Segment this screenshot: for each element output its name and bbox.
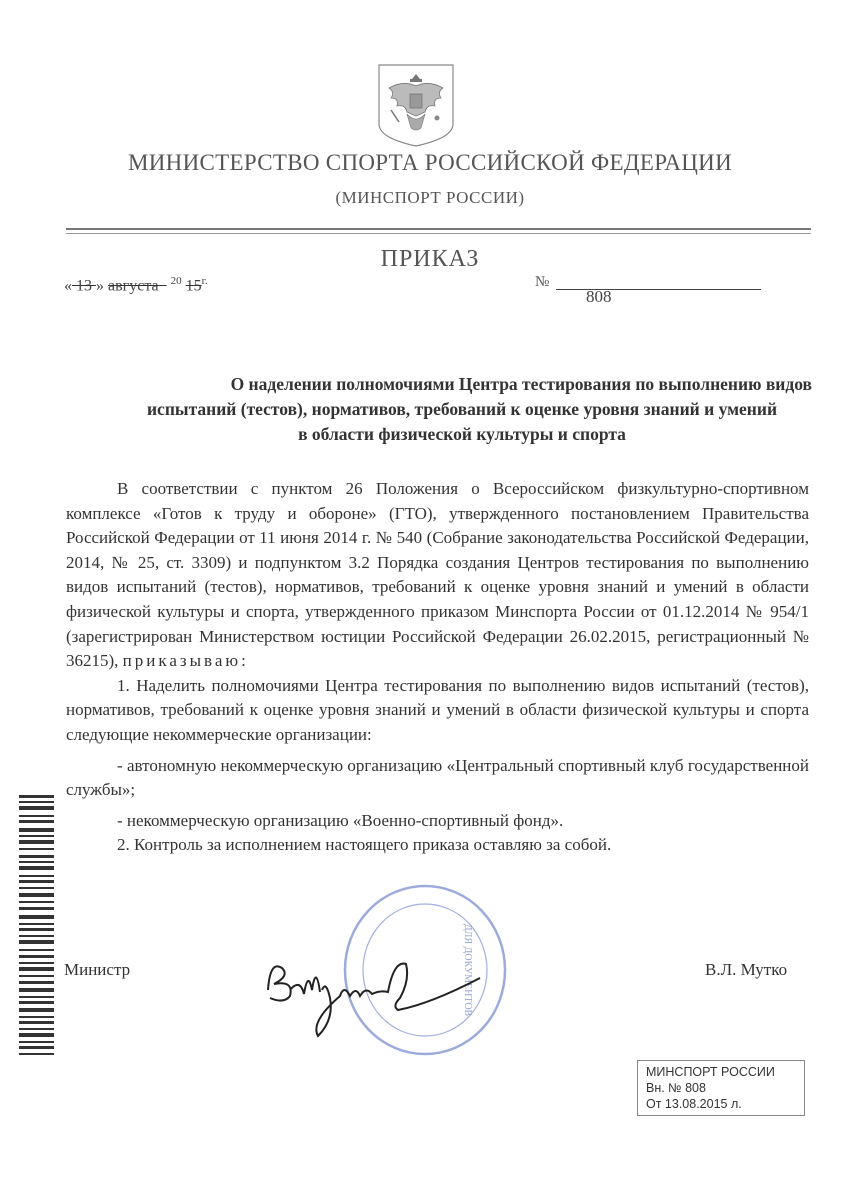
order-number-label: № [535,274,549,291]
order-word: приказываю: [123,651,249,670]
order-title: ПРИКАЗ [0,246,860,273]
org-2: - некоммерческую организацию «Военно-спо… [66,809,809,834]
order-body: В соответствии с пунктом 26 Положения о … [66,477,809,858]
date-year: 15 [186,277,202,294]
date-open-quote: « [64,277,72,294]
order-subject: О наделении полномочиями Центра тестиров… [112,372,812,447]
signatory-position: Министр [64,960,130,980]
coat-of-arms-icon [375,62,457,148]
date-year-suffix: г. [202,275,208,287]
subject-line-1: О наделении полномочиями Центра тестиров… [112,372,812,397]
subject-line-2: испытаний (тестов), нормативов, требован… [112,397,812,422]
preamble-paragraph: В соответствии с пунктом 26 Положения о … [66,477,809,674]
date-month: августа [108,277,167,294]
ministry-name: МИНИСТЕРСТВО СПОРТА РОССИЙСКОЙ ФЕДЕРАЦИИ [0,150,860,176]
order-number: 808 [586,287,612,307]
stamp-line-2: Вн. № 808 [646,1080,798,1096]
org-1: - автономную некоммерческую организацию … [66,754,809,803]
item-2: 2. Контроль за исполнением настоящего пр… [66,833,809,858]
stamp-line-3: От 13.08.2015 л. [646,1096,798,1112]
item-1: 1. Наделить полномочиями Центра тестиров… [66,674,809,748]
barcode-icon [19,795,54,1095]
ministry-short-name: (МИНСПОРТ РОССИИ) [0,188,860,208]
order-date: « 13 » августа 20 15г. [64,275,208,295]
registration-stamp: МИНСПОРТ РОССИИ Вн. № 808 От 13.08.2015 … [637,1060,805,1116]
signatory-name: В.Л. Мутко [705,960,787,980]
date-close-quote: » [96,277,104,294]
stamp-line-1: МИНСПОРТ РОССИИ [646,1064,798,1080]
signature-icon [260,950,500,1040]
subject-line-3: в области физической культуры и спорта [112,422,812,447]
header-divider [66,228,811,230]
date-day: 13 [72,277,96,294]
header-divider-thin [66,233,811,234]
date-century: 20 [171,275,182,287]
